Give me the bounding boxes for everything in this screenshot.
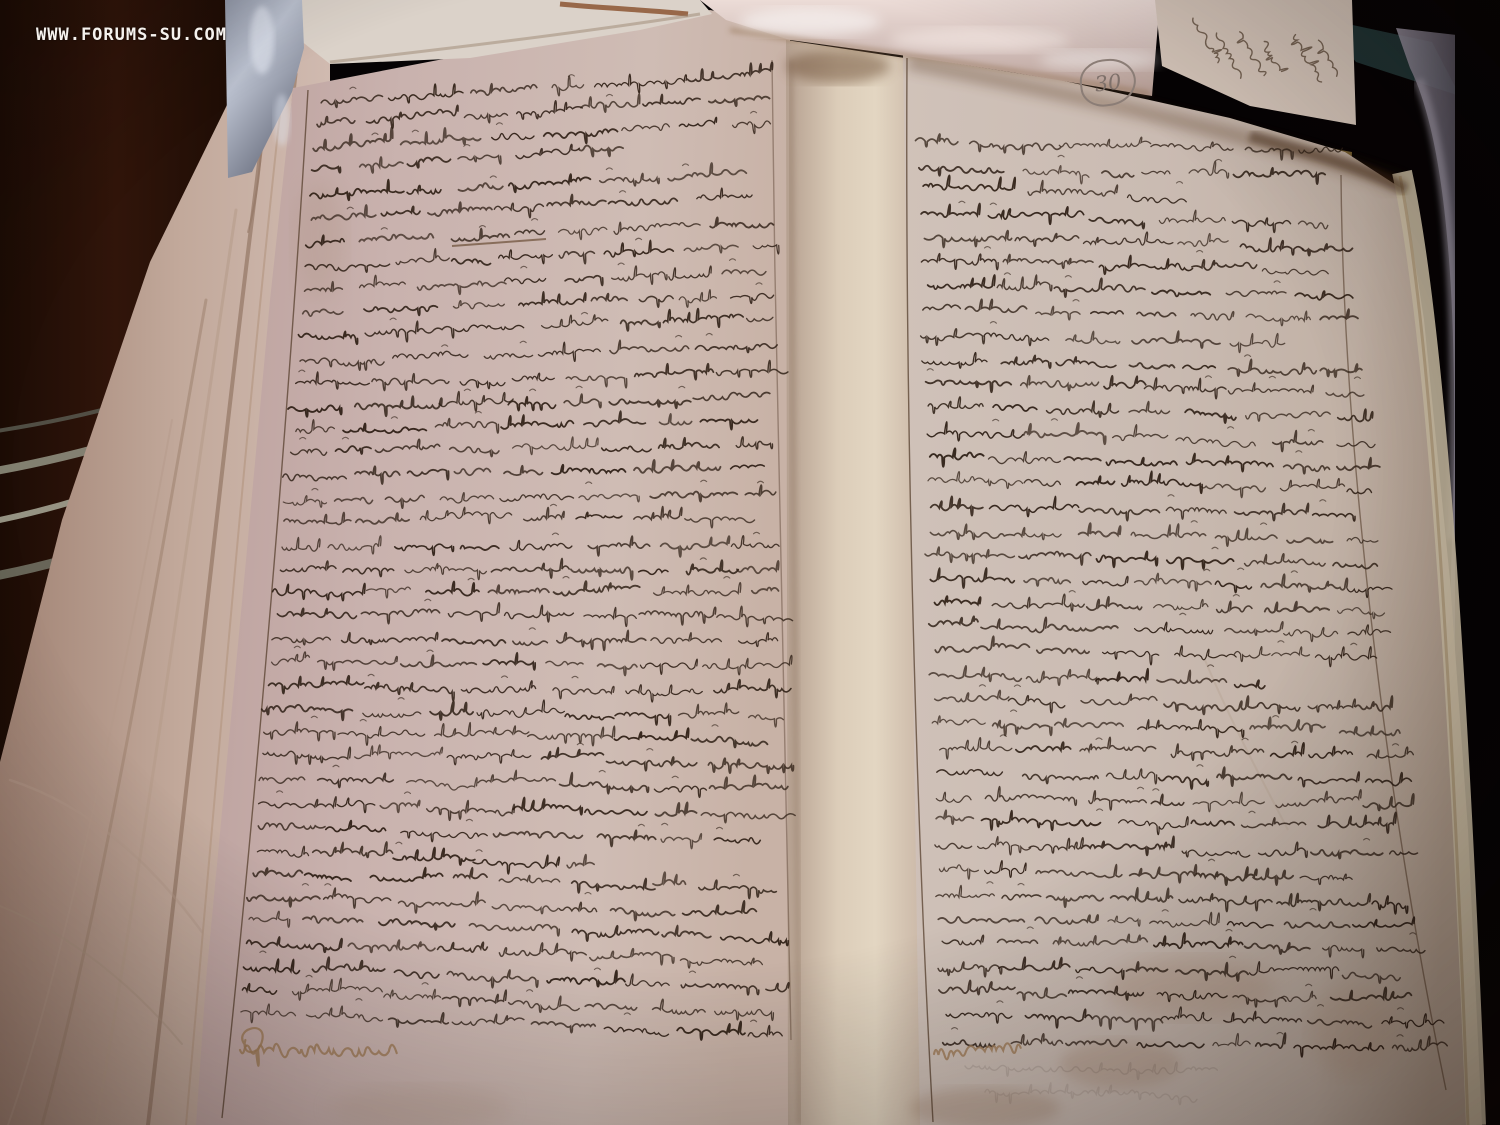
manuscript-photo: WWW.FORUMS-SU.COM 30: [0, 0, 1500, 1125]
folio-number: 30: [1093, 69, 1122, 96]
vignette: [0, 0, 1500, 1125]
photo-canvas: [0, 0, 1500, 1125]
watermark-text: WWW.FORUMS-SU.COM: [36, 25, 227, 45]
